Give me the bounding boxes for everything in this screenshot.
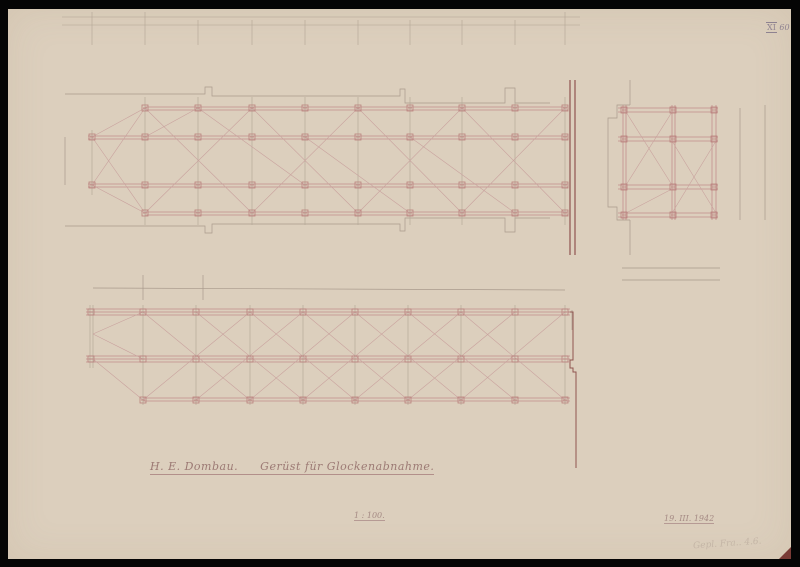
sheet-arabic: 60 [779, 23, 789, 32]
date-label: 19. III. 1942 [664, 514, 714, 524]
title-subject: Gerüst für Glockenabnahme. [260, 460, 434, 473]
sheet-roman: XI [766, 22, 777, 33]
elevation-view [86, 275, 576, 468]
technical-drawing [8, 9, 791, 559]
side-view [608, 80, 765, 280]
scale-label: 1 : 100. [354, 511, 385, 521]
drawing-title: H. E. Dombau.Gerüst für Glockenabnahme. [150, 460, 434, 475]
sheet-number: XI 60 [766, 23, 790, 32]
top-dimension-chain [62, 12, 580, 45]
drawing-sheet: H. E. Dombau.Gerüst für Glockenabnahme. … [8, 9, 791, 559]
plan-view [65, 80, 575, 255]
title-project: H. E. Dombau. [150, 460, 238, 473]
torn-corner [779, 547, 791, 559]
